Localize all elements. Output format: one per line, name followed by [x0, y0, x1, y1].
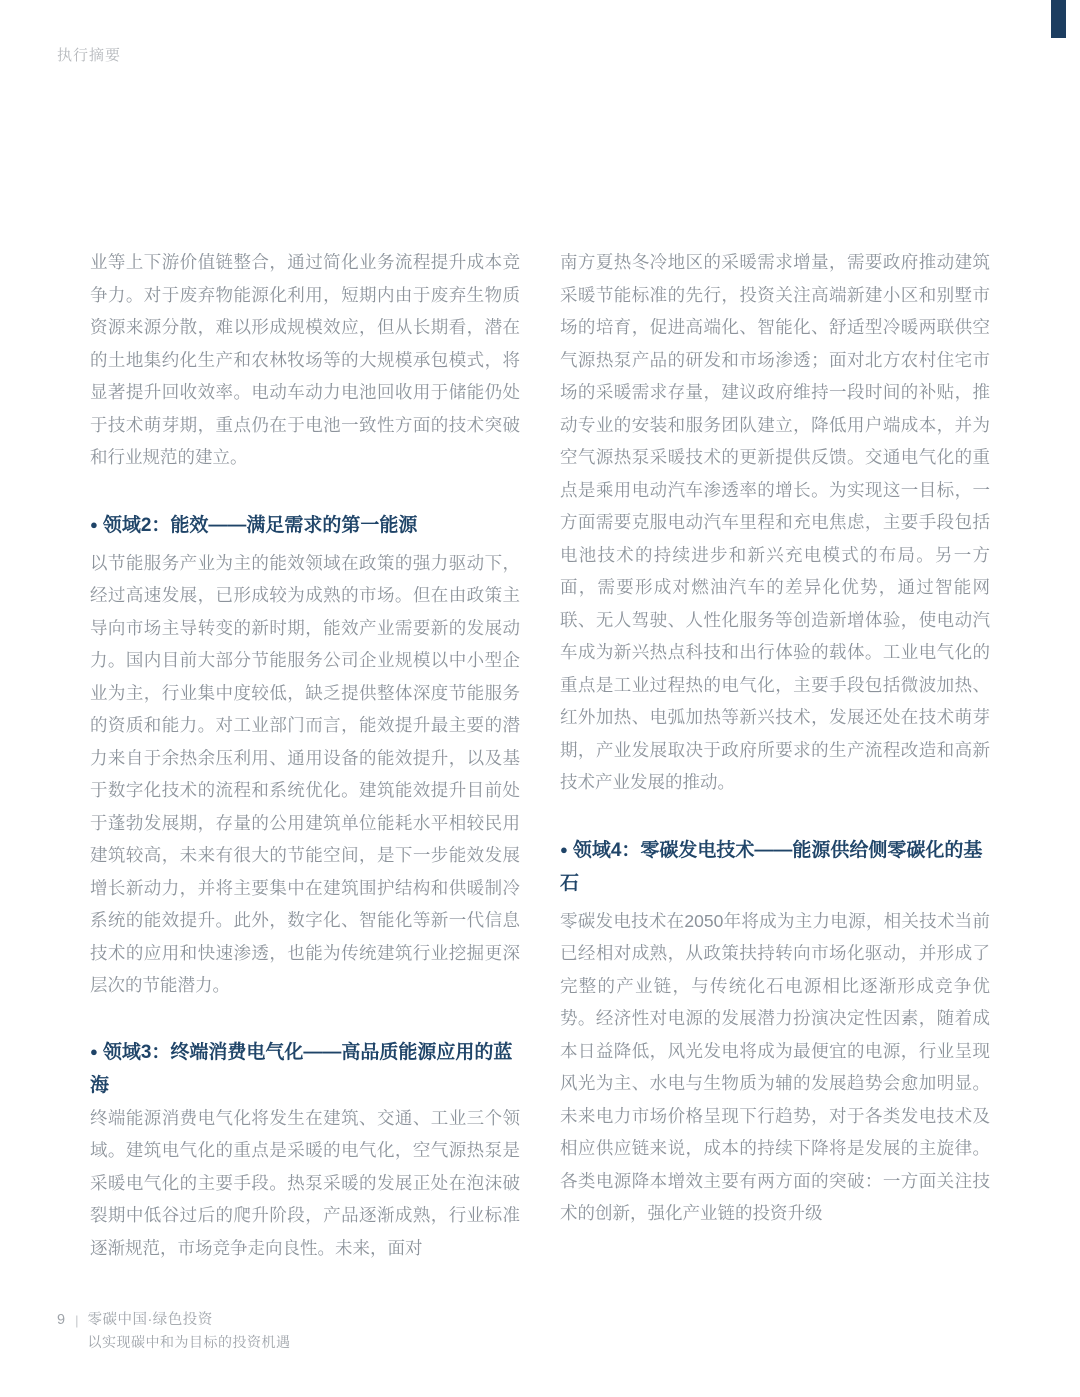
page-header-label: 执行摘要	[57, 44, 121, 65]
paragraph-heating-continuation: 南方夏热冬冷地区的采暖需求增量，需要政府推动建筑采暖节能标准的先行，投资关注高端…	[560, 246, 990, 799]
section-heading-area4: ●领域4：零碳发电技术——能源供给侧零碳化的基石	[560, 833, 990, 900]
section-title-area3: 领域3：终端消费电气化——高品质能源应用的蓝海	[90, 1042, 512, 1096]
section-title-area4: 领域4：零碳发电技术——能源供给侧零碳化的基石	[560, 840, 982, 894]
paragraph-value-chain-continuation: 业等上下游价值链整合，通过简化业务流程提升成本竞争力。对于废弃物能源化利用，短期…	[90, 246, 520, 474]
footer-title-block: 零碳中国·绿色投资 以实现碳中和为目标的投资机遇	[87, 1310, 290, 1353]
section-title-area2: 领域2：能效——满足需求的第一能源	[103, 515, 418, 536]
footer-booklet-title: 零碳中国·绿色投资	[87, 1310, 290, 1331]
paragraph-area4-body: 零碳发电技术在2050年将成为主力电源，相关技术当前已经相对成熟，从政策扶持转向…	[560, 905, 990, 1230]
bullet-icon: ●	[90, 1044, 98, 1059]
report-page: 执行摘要 业等上下游价值链整合，通过简化业务流程提升成本竞争力。对于废弃物能源化…	[0, 0, 1080, 1397]
paragraph-area3-body: 终端能源消费电气化将发生在建筑、交通、工业三个领域。建筑电气化的重点是采暖的电气…	[90, 1102, 520, 1265]
bullet-icon: ●	[560, 842, 568, 857]
bullet-icon: ●	[90, 517, 98, 532]
section-heading-area3: ●领域3：终端消费电气化——高品质能源应用的蓝海	[90, 1035, 520, 1102]
paragraph-area2-body: 以节能服务产业为主的能效领域在政策的强力驱动下，经过高速发展，已形成较为成熟的市…	[90, 547, 520, 1002]
right-column: 南方夏热冬冷地区的采暖需求增量，需要政府推动建筑采暖节能标准的先行，投资关注高端…	[560, 246, 990, 1230]
footer-booklet-subtitle: 以实现碳中和为目标的投资机遇	[87, 1331, 290, 1353]
left-column: 业等上下游价值链整合，通过简化业务流程提升成本竞争力。对于废弃物能源化利用，短期…	[90, 246, 520, 1264]
footer-separator: |	[75, 1310, 78, 1331]
page-corner-tab	[1051, 0, 1066, 38]
page-number: 9	[57, 1310, 65, 1331]
page-footer: 9 | 零碳中国·绿色投资 以实现碳中和为目标的投资机遇	[57, 1310, 290, 1353]
section-heading-area2: ●领域2：能效——满足需求的第一能源	[90, 508, 520, 542]
